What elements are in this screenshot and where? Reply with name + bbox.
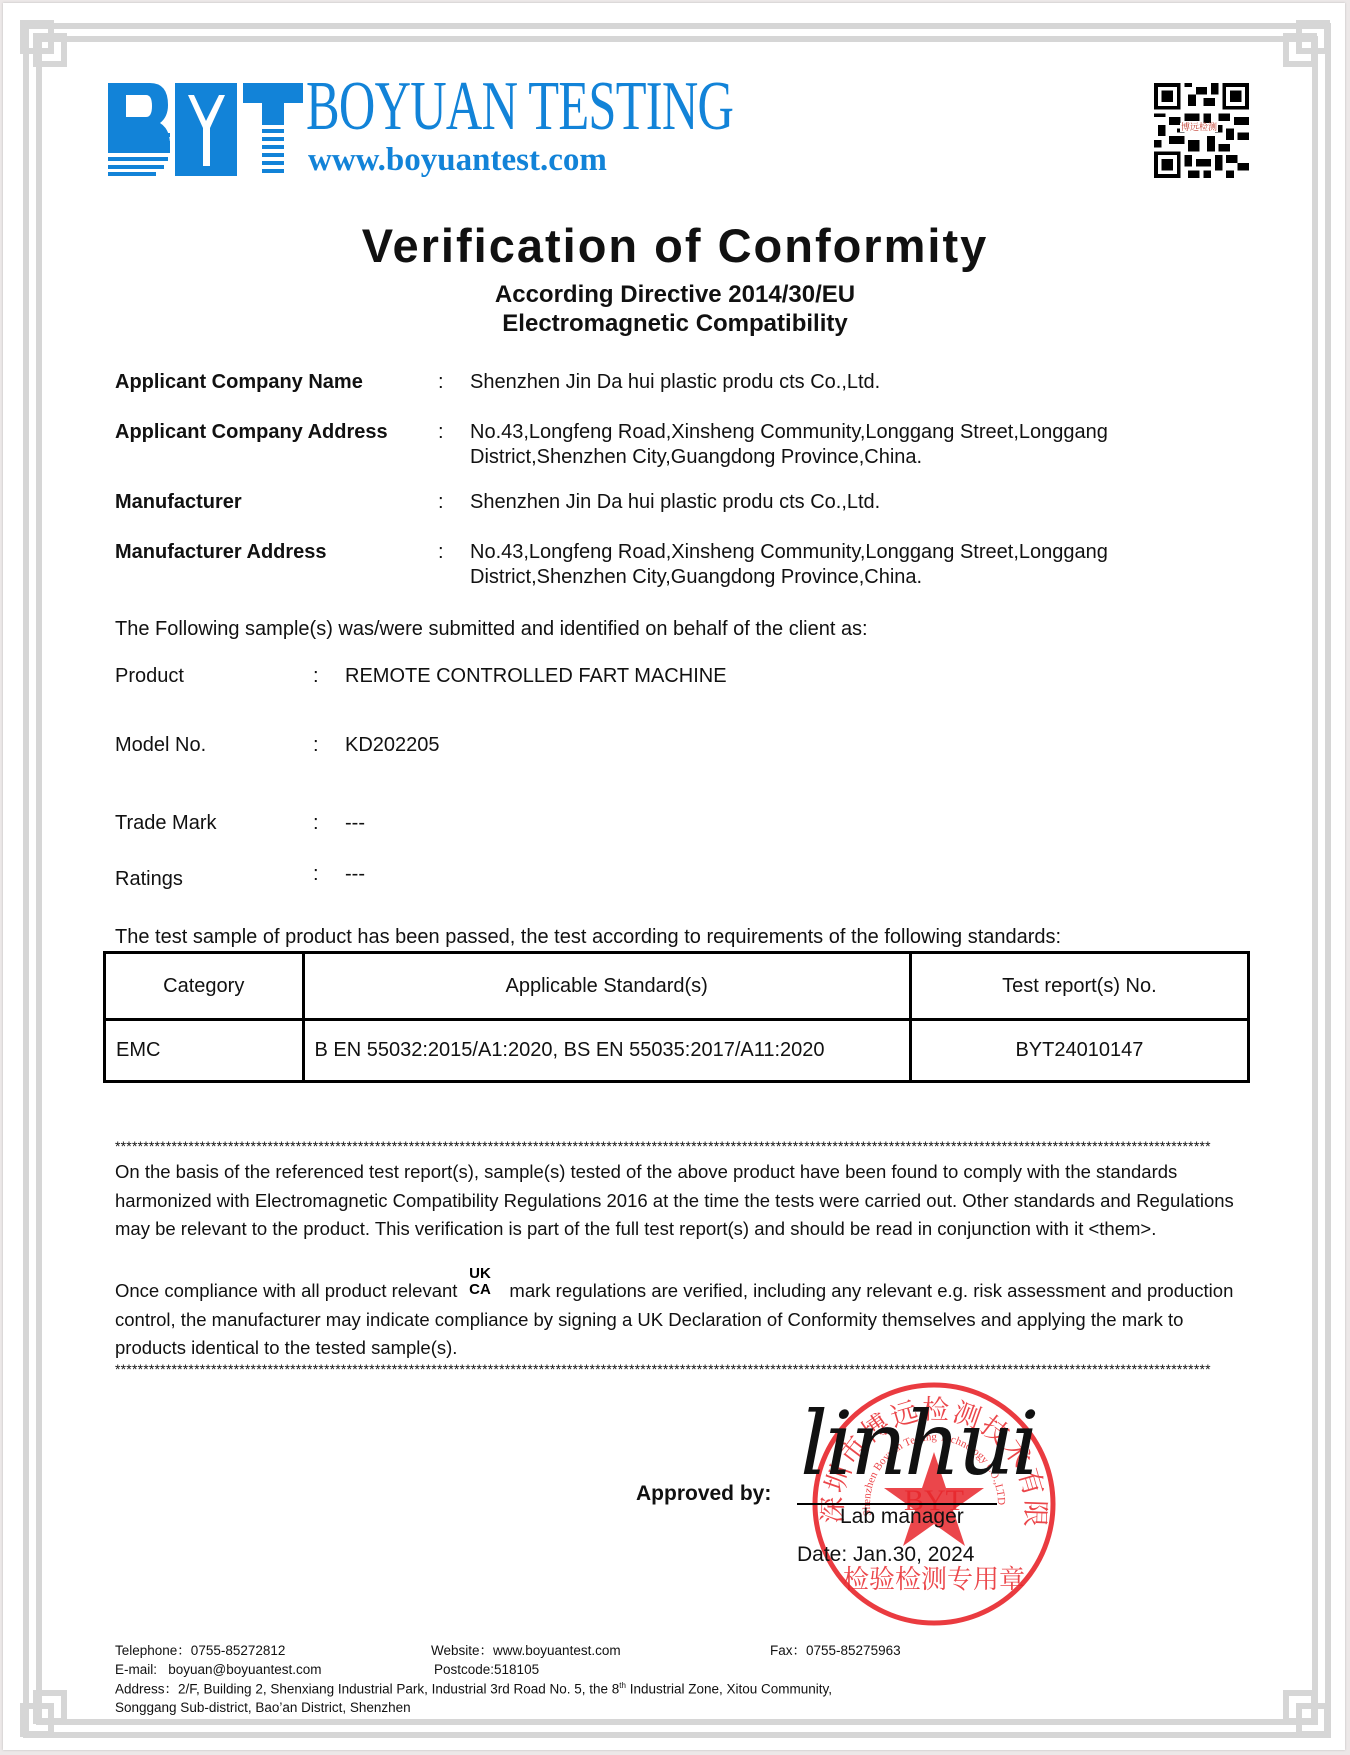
signature: linhui: [800, 1400, 1036, 1488]
table-row: EMC B EN 55032:2015/A1:2020, BS EN 55035…: [105, 1020, 1249, 1082]
corner-ornament: [33, 1690, 67, 1724]
corner-ornament: [1283, 1690, 1317, 1724]
footer-fax: Fax：0755-85275963: [770, 1644, 901, 1658]
corner-ornament: [1283, 33, 1317, 67]
colon: :: [438, 490, 444, 515]
applicant-name-label: Applicant Company Name: [115, 370, 363, 395]
approved-by-label: Approved by:: [636, 1483, 771, 1504]
brand-name: BOYUAN TESTING: [306, 72, 733, 142]
statement-paragraph: On the basis of the referenced test repo…: [115, 1158, 1245, 1244]
separator-line: ****************************************…: [115, 1362, 1215, 1376]
colon: :: [438, 370, 444, 395]
cell-report-no: BYT24010147: [910, 1020, 1248, 1082]
colon: :: [313, 811, 319, 836]
standards-intro: The test sample of product has been pass…: [115, 925, 1061, 950]
model-label: Model No.: [115, 733, 206, 758]
cell-standards: B EN 55032:2015/A1:2020, BS EN 55035:201…: [303, 1020, 910, 1082]
approval-date: Date: Jan.30, 2024: [797, 1544, 974, 1565]
footer-address-line1: Address：2/F, Building 2, Shenxiang Indus…: [115, 1682, 832, 1696]
header-category: Category: [105, 953, 304, 1020]
header-standards: Applicable Standard(s): [303, 953, 910, 1020]
ukca-text-before: Once compliance with all product relevan…: [115, 1280, 457, 1301]
applicant-address-value-line2: District,Shenzhen City,Guangdong Provinc…: [470, 445, 1190, 470]
applicant-address-label: Applicant Company Address: [115, 420, 388, 445]
ratings-label: Ratings: [115, 867, 183, 892]
signer-role: Lab manager: [840, 1506, 964, 1527]
svg-text:CA: CA: [470, 1281, 492, 1295]
corner-ornament: [33, 33, 67, 67]
table-header-row: Category Applicable Standard(s) Test rep…: [105, 953, 1249, 1020]
footer-website[interactable]: Website：www.boyuantest.com: [431, 1644, 621, 1658]
svg-text:UK: UK: [470, 1265, 492, 1282]
model-value: KD202205: [345, 733, 440, 758]
brand-url: www.boyuantest.com: [308, 144, 607, 177]
applicant-name-value: Shenzhen Jin Da hui plastic produ cts Co…: [470, 370, 1190, 395]
manufacturer-label: Manufacturer: [115, 490, 242, 515]
manufacturer-value: Shenzhen Jin Da hui plastic produ cts Co…: [470, 490, 1190, 515]
document-title: Verification of Conformity: [0, 222, 1350, 269]
byt-logo-icon: [108, 83, 303, 178]
footer-address-line2: Songgang Sub-district, Bao’an District, …: [115, 1701, 411, 1715]
svg-text:检验检测专用章: 检验检测专用章: [843, 1565, 1025, 1595]
manufacturer-address-value-line1: No.43,Longfeng Road,Xinsheng Community,L…: [470, 540, 1190, 565]
ratings-value: ---: [345, 862, 365, 887]
directive-subtitle: According Directive 2014/30/EU: [0, 283, 1350, 307]
footer-email[interactable]: E-mail: boyuan@boyuantest.com: [115, 1663, 322, 1677]
colon: :: [438, 420, 444, 445]
product-label: Product: [115, 664, 184, 689]
colon: :: [313, 862, 319, 887]
ukca-mark-icon: UKCA: [463, 1273, 497, 1303]
header-report-no: Test report(s) No.: [910, 953, 1248, 1020]
scope-subtitle: Electromagnetic Compatibility: [0, 312, 1350, 336]
qr-label: 博远检测: [1180, 123, 1218, 132]
product-value: REMOTE CONTROLLED FART MACHINE: [345, 664, 727, 689]
trade-mark-value: ---: [345, 811, 365, 836]
colon: :: [313, 664, 319, 689]
standards-table: Category Applicable Standard(s) Test rep…: [103, 951, 1250, 1083]
applicant-address-value-line1: No.43,Longfeng Road,Xinsheng Community,L…: [470, 420, 1190, 445]
colon: :: [438, 540, 444, 565]
colon: :: [313, 733, 319, 758]
separator-line: ****************************************…: [115, 1139, 1227, 1153]
manufacturer-address-value-line2: District,Shenzhen City,Guangdong Provinc…: [470, 565, 1190, 590]
footer-telephone: Telephone：0755-85272812: [115, 1644, 285, 1658]
cell-category: EMC: [105, 1020, 304, 1082]
footer-postcode: Postcode:518105: [434, 1663, 539, 1677]
ukca-paragraph: Once compliance with all product relevan…: [115, 1273, 1245, 1363]
trade-mark-label: Trade Mark: [115, 811, 217, 836]
manufacturer-address-label: Manufacturer Address: [115, 540, 327, 565]
sample-intro: The Following sample(s) was/were submitt…: [115, 617, 868, 642]
